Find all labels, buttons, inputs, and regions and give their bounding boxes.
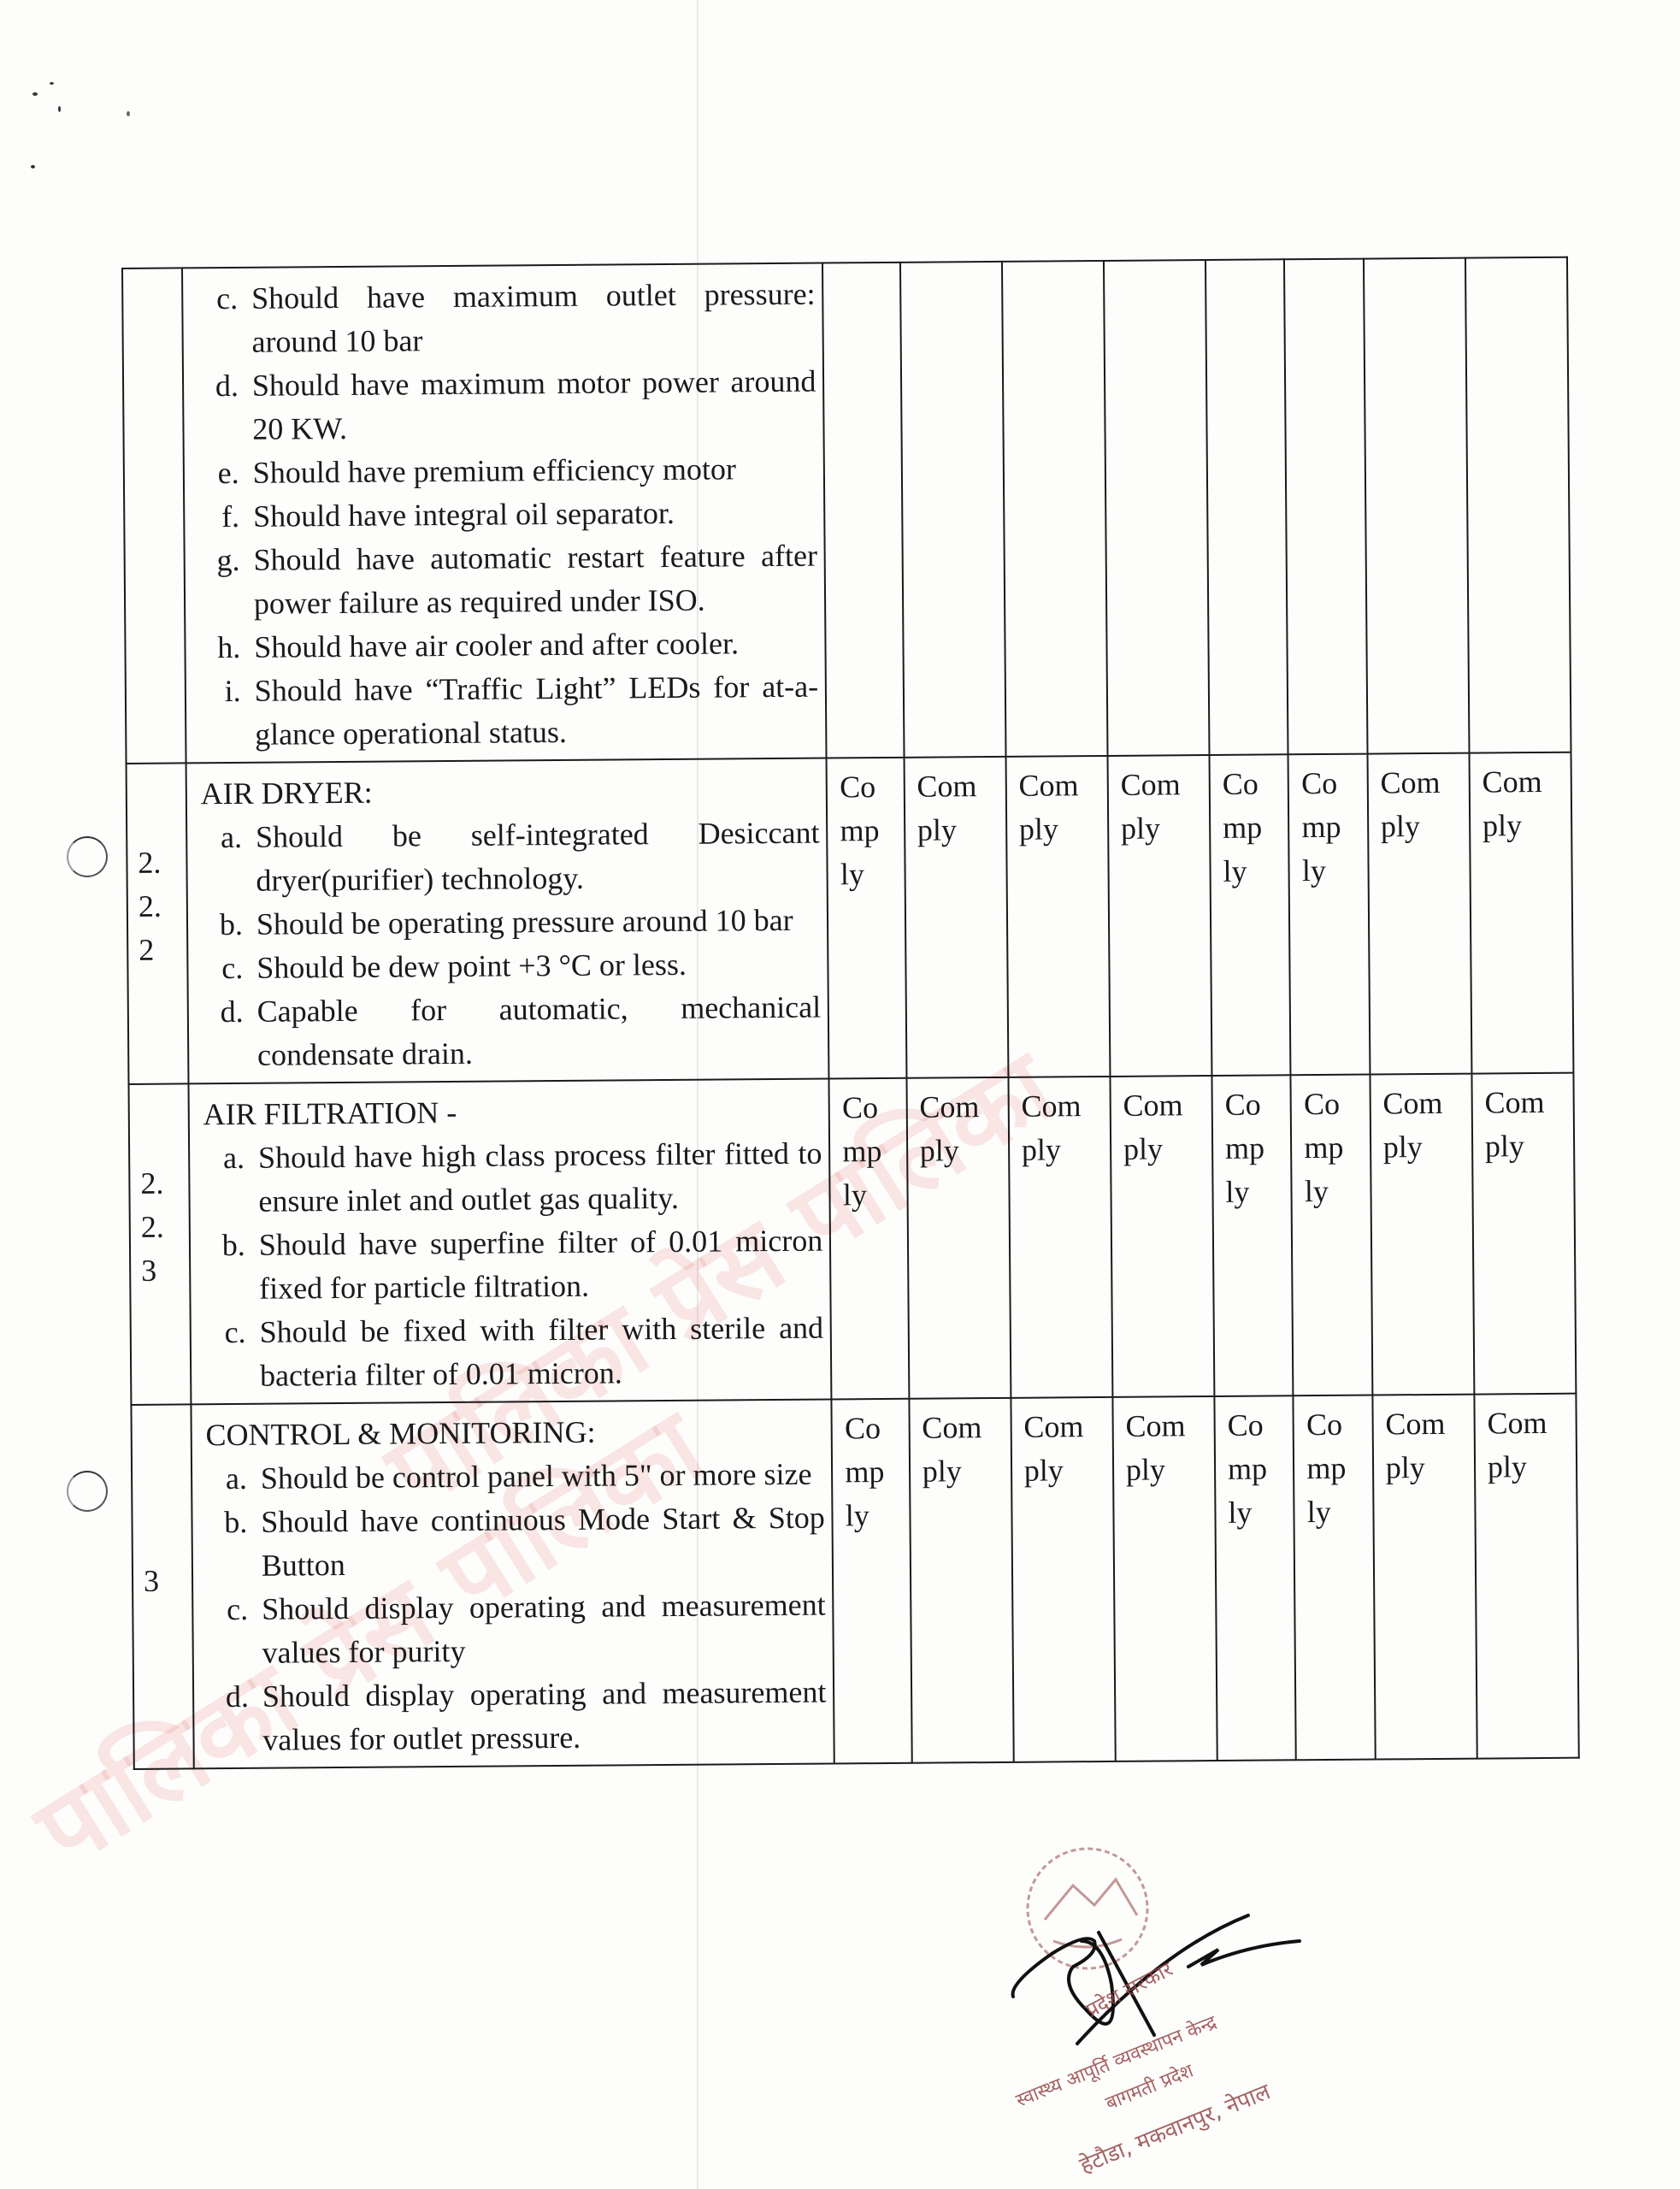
section-number-part: 2. xyxy=(141,1205,189,1248)
compliance-cell: Com ply xyxy=(1011,1397,1115,1762)
compliance-status xyxy=(1297,267,1352,268)
section-title: AIR FILTRATION - xyxy=(203,1089,822,1137)
spec-item: c.Should display operating and measureme… xyxy=(205,1584,826,1676)
scan-speck xyxy=(50,82,54,85)
spec-item: c.Should have maximum outlet pressure: a… xyxy=(195,273,816,365)
compliance-status: Com ply xyxy=(1484,1081,1567,1169)
spec-item-letter: a. xyxy=(202,1136,259,1224)
compliance-cell: Com ply xyxy=(1471,1073,1576,1395)
spec-item-text: Should have automatic restart feature af… xyxy=(253,534,817,626)
section-number-part: 2. xyxy=(138,841,186,884)
compliance-status: Com ply xyxy=(1487,1401,1570,1490)
compliance-status xyxy=(1015,268,1097,269)
compliance-status: Com ply xyxy=(1018,764,1101,852)
spec-item-text: Should have integral oil separator. xyxy=(253,491,817,539)
spec-item-letter: a. xyxy=(204,1457,261,1502)
section-number-part: 3 xyxy=(144,1559,192,1602)
section-number-part: 2 xyxy=(139,928,186,971)
compliance-status: Co mp ly xyxy=(1301,762,1357,893)
compliance-status: Co mp ly xyxy=(1227,1403,1282,1534)
compliance-status: Com ply xyxy=(1380,761,1463,849)
spec-list: a.Should be control panel with 5" or mor… xyxy=(204,1453,827,1763)
compliance-cell: Co mp ly xyxy=(1209,754,1290,1076)
scan-speck xyxy=(32,92,38,96)
spec-item-text: Capable for automatic, mechanical conden… xyxy=(256,986,821,1077)
compliance-status: Com ply xyxy=(919,1085,1002,1173)
compliance-status xyxy=(835,270,890,271)
spec-item-text: Should display operating and measurement… xyxy=(262,1671,827,1762)
section-number-cell: 3 xyxy=(131,1404,193,1769)
compliance-status: Com ply xyxy=(1125,1404,1208,1492)
compliance-cell: Com ply xyxy=(909,1398,1013,1763)
spec-description-cell: AIR FILTRATION -a.Should have high class… xyxy=(188,1079,831,1405)
spec-item: f.Should have integral oil separator. xyxy=(197,491,817,540)
compliance-cell xyxy=(822,263,904,758)
compliance-cell: Com ply xyxy=(1370,1074,1474,1395)
section-number-part: 3 xyxy=(141,1248,189,1292)
spec-list: a.Should have high class process filter … xyxy=(202,1132,824,1399)
compliance-cell: Com ply xyxy=(904,757,1008,1078)
compliance-status: Com ply xyxy=(917,764,999,853)
spec-item: b.Should be operating pressure around 10… xyxy=(200,899,821,947)
compliance-cell: Co mp ly xyxy=(832,1399,912,1764)
compliance-cell xyxy=(900,262,1006,758)
spec-item-letter: g. xyxy=(197,539,254,627)
section-number-cell: 2.2.2 xyxy=(127,763,189,1084)
scanned-page: पालिका प्रेस पालिका पालिका प्रेस पालिका … xyxy=(0,0,1680,2189)
spec-item-text: Should have maximum outlet pressure: aro… xyxy=(251,273,816,364)
spec-item: a.Should be control panel with 5" or mor… xyxy=(204,1453,825,1502)
spec-item-letter: h. xyxy=(197,626,254,670)
spec-item-text: Should have high class process filter fi… xyxy=(258,1132,822,1224)
spec-list: c.Should have maximum outlet pressure: a… xyxy=(195,273,819,758)
compliance-status xyxy=(913,269,995,270)
table-row: c.Should have maximum outlet pressure: a… xyxy=(122,257,1571,764)
spec-item-text: Should be control panel with 5" or more … xyxy=(261,1453,825,1501)
spec-item-letter: d. xyxy=(206,1675,263,1763)
compliance-status: Com ply xyxy=(1021,1084,1104,1172)
compliance-cell: Co mp ly xyxy=(1294,1395,1376,1761)
compliance-cell: Com ply xyxy=(1469,752,1573,1074)
spec-item-letter: d. xyxy=(196,364,253,452)
compliance-status: Com ply xyxy=(1123,1083,1205,1171)
spec-item: h.Should have air cooler and after coole… xyxy=(197,622,818,670)
spec-item-text: Should be dew point +3 °C or less. xyxy=(256,942,821,990)
compliance-cell: Co mp ly xyxy=(1214,1395,1296,1761)
spec-item-text: Should be fixed with filter with sterile… xyxy=(259,1307,823,1398)
spec-item: d.Capable for automatic, mechanical cond… xyxy=(200,986,821,1078)
section-number-part: 2. xyxy=(140,1161,188,1205)
spec-item-letter: c. xyxy=(200,947,256,991)
punch-hole-icon xyxy=(67,836,108,877)
scan-speck xyxy=(31,165,35,168)
spec-item: i.Should have “Traffic Light” LEDs for a… xyxy=(198,665,819,758)
compliance-status: Co mp ly xyxy=(1224,1083,1280,1213)
compliance-status: Com ply xyxy=(1120,763,1203,851)
spec-item: a.Should be self-integrated Desiccant dr… xyxy=(199,811,820,904)
spec-item: a.Should have high class process filter … xyxy=(202,1132,822,1224)
spec-item-letter: b. xyxy=(204,1501,262,1589)
spec-item: d.Should display operating and measureme… xyxy=(206,1671,827,1763)
compliance-cell xyxy=(1465,257,1571,753)
compliance-cell: Com ply xyxy=(1110,1076,1214,1397)
spec-item-letter: b. xyxy=(203,1224,260,1312)
table-row: 2.2.2AIR DRYER:a.Should be self-integrat… xyxy=(127,752,1574,1084)
compliance-cell xyxy=(1002,261,1108,757)
section-number-part: 2. xyxy=(139,884,186,928)
compliance-cell: Co mp ly xyxy=(1291,1075,1372,1396)
spec-item: g.Should have automatic restart feature … xyxy=(197,534,817,627)
compliance-status: Com ply xyxy=(1023,1405,1106,1493)
spec-item-text: Should be self-integrated Desiccant drye… xyxy=(256,811,820,903)
spec-description-cell: AIR DRYER:a.Should be self-integrated De… xyxy=(186,758,828,1084)
compliance-status xyxy=(1117,268,1199,268)
spec-item-letter: c. xyxy=(195,277,252,365)
spec-item-text: Should have continuous Mode Start & Stop… xyxy=(261,1496,825,1588)
compliance-cell xyxy=(1104,260,1210,756)
compliance-status: Com ply xyxy=(1482,760,1565,848)
compliance-status: Com ply xyxy=(1385,1402,1468,1490)
table-row: 2.2.3AIR FILTRATION -a.Should have high … xyxy=(129,1073,1577,1405)
spec-item-letter: i. xyxy=(198,670,256,758)
spec-description-cell: CONTROL & MONITORING:a.Should be control… xyxy=(191,1400,834,1769)
section-number-cell xyxy=(122,268,186,764)
compliance-cell: Com ply xyxy=(1107,755,1211,1077)
spec-item: d.Should have maximum motor power around… xyxy=(196,360,816,452)
compliance-status: Co mp ly xyxy=(1304,1083,1359,1213)
spec-item-letter: c. xyxy=(205,1588,262,1676)
compliance-status: Co mp ly xyxy=(845,1407,900,1537)
compliance-status xyxy=(1478,265,1560,266)
spec-item-text: Should have premium efficiency motor xyxy=(253,447,817,495)
compliance-status: Co mp ly xyxy=(842,1086,898,1217)
spec-item: c.Should be dew point +3 °C or less. xyxy=(200,942,821,991)
compliance-status xyxy=(1376,266,1459,267)
official-stamp: प्रदेश सरकार स्वास्थ्य आपूर्ति व्यवस्थाप… xyxy=(992,1838,1351,2146)
spec-item-text: Should have maximum motor power around 2… xyxy=(252,360,816,451)
compliance-status xyxy=(1218,267,1273,268)
spec-description-cell: c.Should have maximum outlet pressure: a… xyxy=(182,263,827,764)
spec-item-letter: d. xyxy=(200,990,257,1078)
compliance-cell: Com ply xyxy=(1005,756,1110,1077)
spec-item: c.Should be fixed with filter with steri… xyxy=(203,1307,823,1399)
compliance-cell: Co mp ly xyxy=(1288,754,1370,1076)
scan-speck xyxy=(58,106,61,112)
compliance-status: Co mp ly xyxy=(1306,1403,1362,1534)
compliance-cell xyxy=(1364,258,1470,754)
spec-item-text: Should have “Traffic Light” LEDs for at-… xyxy=(255,665,819,757)
compliance-status: Com ply xyxy=(922,1406,1005,1494)
section-number-cell: 2.2.3 xyxy=(129,1083,192,1405)
compliance-cell: Com ply xyxy=(1474,1394,1579,1759)
spec-item: b.Should have continuous Mode Start & St… xyxy=(204,1496,825,1589)
spec-item-text: Should display operating and measurement… xyxy=(262,1584,826,1675)
spec-item-letter: f. xyxy=(197,495,253,540)
compliance-cell: Com ply xyxy=(1112,1396,1217,1761)
punch-hole-icon xyxy=(67,1471,108,1512)
section-title: AIR DRYER: xyxy=(200,768,819,817)
spec-item: b.Should have superfine filter of 0.01 m… xyxy=(203,1219,823,1312)
compliance-cell: Co mp ly xyxy=(1211,1075,1293,1396)
spec-item-letter: a. xyxy=(199,816,256,904)
compliance-status: Co mp ly xyxy=(1223,762,1278,893)
spec-list: a.Should be self-integrated Desiccant dr… xyxy=(199,811,822,1078)
spec-item-text: Should be operating pressure around 10 b… xyxy=(256,899,821,947)
compliance-cell xyxy=(1284,259,1367,755)
compliance-cell: Com ply xyxy=(1367,753,1471,1075)
spec-item-text: Should have superfine filter of 0.01 mic… xyxy=(259,1219,823,1311)
compliance-status: Co mp ly xyxy=(840,765,895,896)
section-title: CONTROL & MONITORING: xyxy=(205,1409,824,1458)
compliance-cell xyxy=(1205,259,1288,755)
spec-compliance-table: c.Should have maximum outlet pressure: a… xyxy=(121,257,1580,1770)
scan-speck xyxy=(127,111,130,116)
spec-item-letter: c. xyxy=(203,1311,260,1399)
compliance-status: Com ply xyxy=(1382,1082,1465,1170)
table-row: 3CONTROL & MONITORING:a.Should be contro… xyxy=(131,1394,1578,1769)
spec-item-text: Should have air cooler and after cooler. xyxy=(254,622,818,670)
compliance-cell: Com ply xyxy=(1008,1077,1112,1398)
compliance-cell: Co mp ly xyxy=(827,758,906,1079)
compliance-cell: Com ply xyxy=(906,1077,1011,1399)
spec-item: e.Should have premium efficiency motor xyxy=(197,447,817,496)
spec-item-letter: b. xyxy=(200,903,256,947)
spec-item-letter: e. xyxy=(197,451,253,496)
compliance-cell: Com ply xyxy=(1372,1395,1477,1760)
compliance-cell: Co mp ly xyxy=(829,1078,909,1400)
